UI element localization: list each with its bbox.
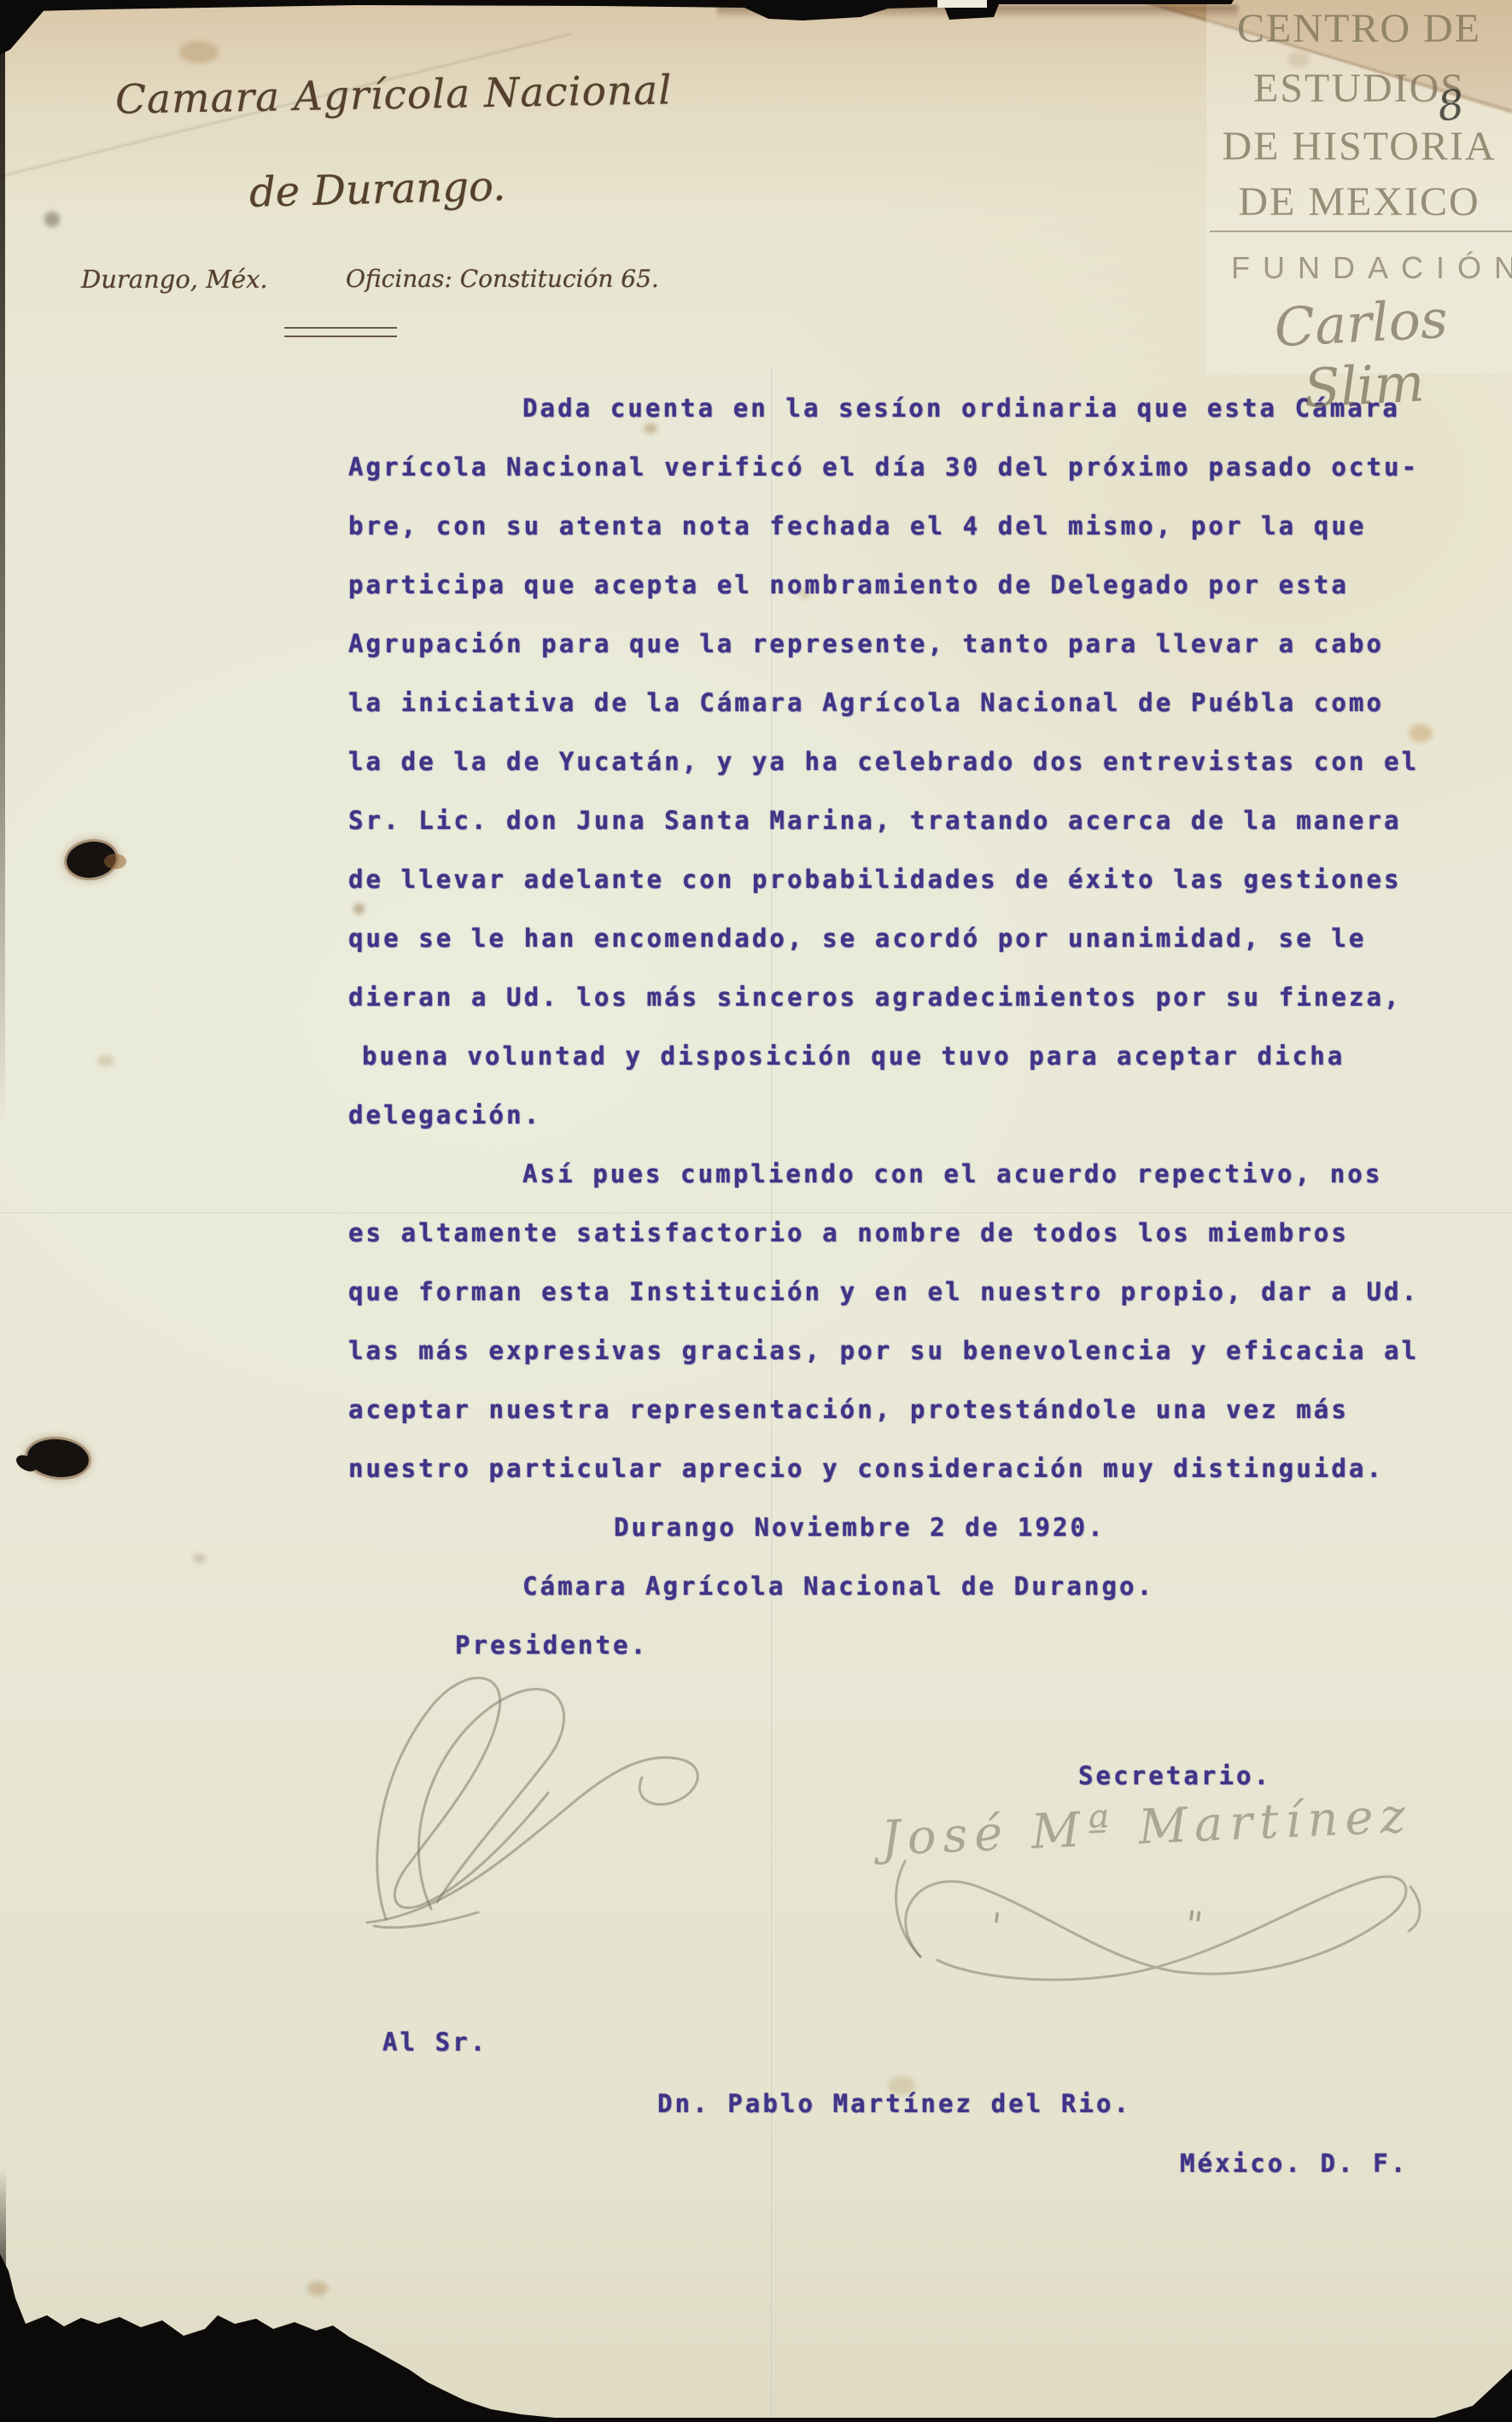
paper-fragment: [937, 0, 987, 8]
scanned-letter-page: Camara Agrícola Nacional de Durango. Dur…: [0, 0, 1512, 2422]
scan-edge-shapes: [0, 0, 1512, 2422]
